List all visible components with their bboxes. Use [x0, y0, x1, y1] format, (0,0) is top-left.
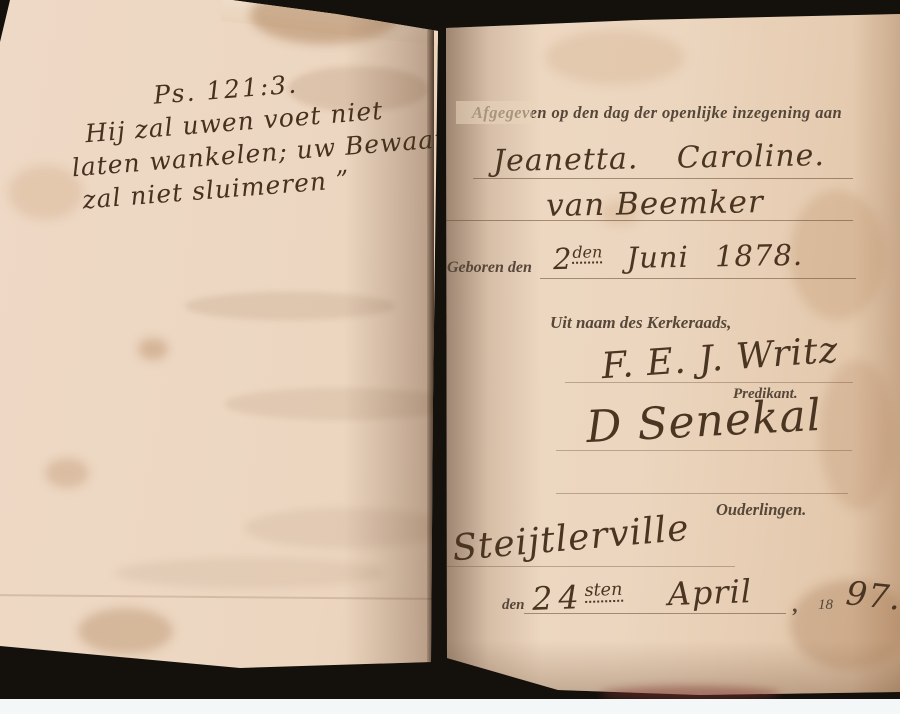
signature-rule [556, 450, 852, 451]
date-separator: , [793, 592, 799, 618]
ouderling-signature: D Senekal [547, 388, 861, 455]
stain [138, 338, 168, 360]
birth-month-year: Juni 1878. [626, 238, 803, 275]
form-rule [445, 220, 853, 221]
date-day-suffix: sten [584, 580, 623, 603]
ouderlingen-label: Ouderlingen. [716, 500, 806, 520]
birth-day-suffix: den [572, 243, 602, 265]
form-rule [524, 613, 786, 614]
handwritten-birth-date: 2den Juni 1878. [553, 238, 804, 276]
date-prefix: den [502, 597, 525, 614]
form-rule [473, 178, 853, 179]
scanner-edge-strip [0, 699, 900, 714]
faded-ink-patch [456, 101, 532, 124]
born-label: Geboren den [447, 259, 532, 277]
handwritten-year: 97. [844, 573, 900, 618]
form-rule [440, 566, 735, 567]
kerkeraad-line: Uit naam des Kerkeraads, [550, 313, 731, 333]
birth-day: 2 [553, 242, 573, 276]
scanned-book-photo: Ps. 121:3. Hij zal uwen voet niet laten … [0, 0, 900, 714]
predikant-signature: F. E. J. Writz [574, 328, 866, 389]
stain [545, 30, 685, 85]
handwritten-name-line1: Jeanetta. Caroline. [478, 138, 841, 179]
blank-signature-rule [556, 493, 848, 494]
handwritten-date: 24sten April [531, 572, 752, 618]
date-century: 18 [818, 597, 833, 614]
date-month: April [667, 572, 753, 613]
date-day: 24 [531, 578, 585, 618]
stain [78, 608, 173, 654]
form-rule [540, 278, 856, 279]
signature-rule [565, 382, 853, 383]
handwritten-name-line2: van Beemker [490, 183, 821, 225]
stain [45, 458, 89, 488]
